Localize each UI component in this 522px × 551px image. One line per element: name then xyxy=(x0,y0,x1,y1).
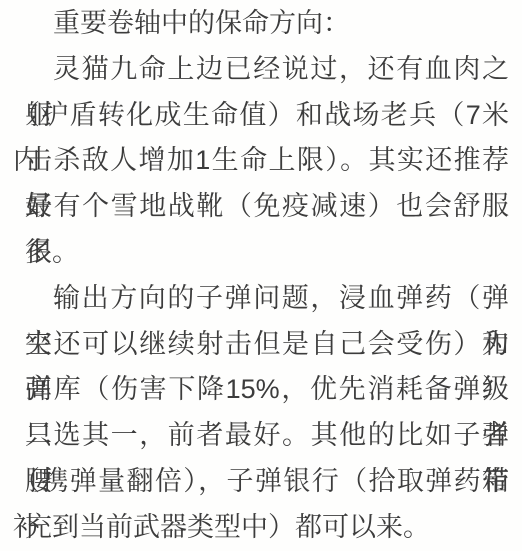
text-line: 只选其一，前者最好。其他的比如子弹腰带 xyxy=(25,413,509,459)
text-line: 多。 xyxy=(25,230,509,276)
text-line: 空还可以继续射击但是自己会受伤）和高级 xyxy=(25,322,509,368)
text-line: （携弹量翻倍），子弹银行（拾取弹药箱补 xyxy=(13,459,509,505)
text-line: 击杀敌人增加1生命上限）。其实还推荐最 xyxy=(25,138,509,184)
text-line: 弹库（伤害下降15%，优先消耗备弹）二者 xyxy=(25,367,509,413)
text-line: 充到当前武器类型中）都可以来。 xyxy=(25,505,509,551)
text-line: 灵猫九命上边已经说过，还有血肉之躯 xyxy=(25,47,509,93)
text-line: （护盾转化成生命值）和战场老兵（7米内 xyxy=(13,93,509,139)
text-line: 输出方向的子弹问题，浸血弹药（弹夹为 xyxy=(25,276,509,322)
article-text-body: 重要卷轴中的保命方向： 灵猫九命上边已经说过，还有血肉之躯 （护盾转化成生命值）… xyxy=(0,0,522,551)
text-line-heading: 重要卷轴中的保命方向： xyxy=(25,1,509,47)
text-line: 好有个雪地战靴（免疫减速）也会舒服很 xyxy=(25,184,509,230)
